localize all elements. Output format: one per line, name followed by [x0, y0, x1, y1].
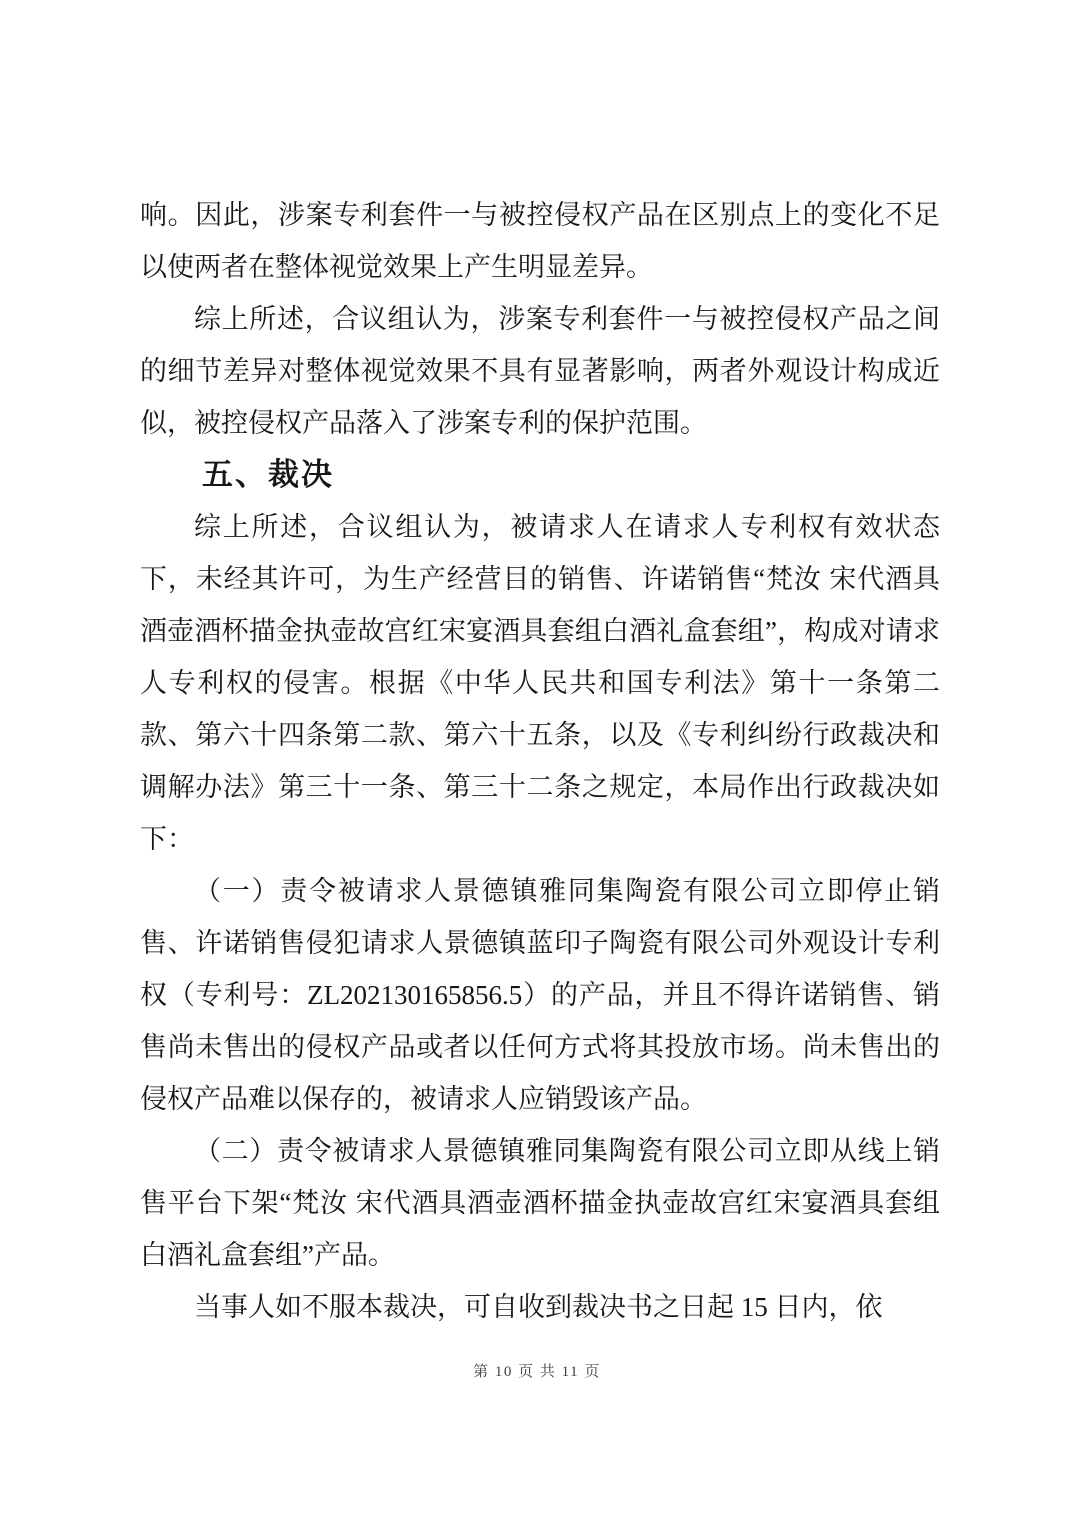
section-heading-ruling: 五、裁决	[140, 449, 940, 501]
paragraph-order-2: （二）责令被请求人景德镇雅同集陶瓷有限公司立即从线上销售平台下架“梵汝 宋代酒具…	[140, 1125, 940, 1281]
paragraph-conclusion-similarity: 综上所述，合议组认为，涉案专利套件一与被控侵权产品之间的细节差异对整体视觉效果不…	[140, 293, 940, 449]
paragraph-ruling-basis: 综上所述，合议组认为，被请求人在请求人专利权有效状态下，未经其许可，为生产经营目…	[140, 501, 940, 865]
ruling-text: 响。因此，涉案专利套件一与被控侵权产品在区别点上的变化不足以使两者在整体视觉效果…	[140, 189, 940, 1333]
paragraph-order-1: （一）责令被请求人景德镇雅同集陶瓷有限公司立即停止销售、许诺销售侵犯请求人景德镇…	[140, 865, 940, 1125]
paragraph-appeal-rights: 当事人如不服本裁决，可自收到裁决书之日起 15 日内，依	[140, 1281, 940, 1333]
page-number-footer: 第 10 页 共 11 页	[0, 1360, 1074, 1381]
document-page: 响。因此，涉案专利套件一与被控侵权产品在区别点上的变化不足以使两者在整体视觉效果…	[0, 0, 1074, 1520]
paragraph-continuation: 响。因此，涉案专利套件一与被控侵权产品在区别点上的变化不足以使两者在整体视觉效果…	[140, 189, 940, 293]
